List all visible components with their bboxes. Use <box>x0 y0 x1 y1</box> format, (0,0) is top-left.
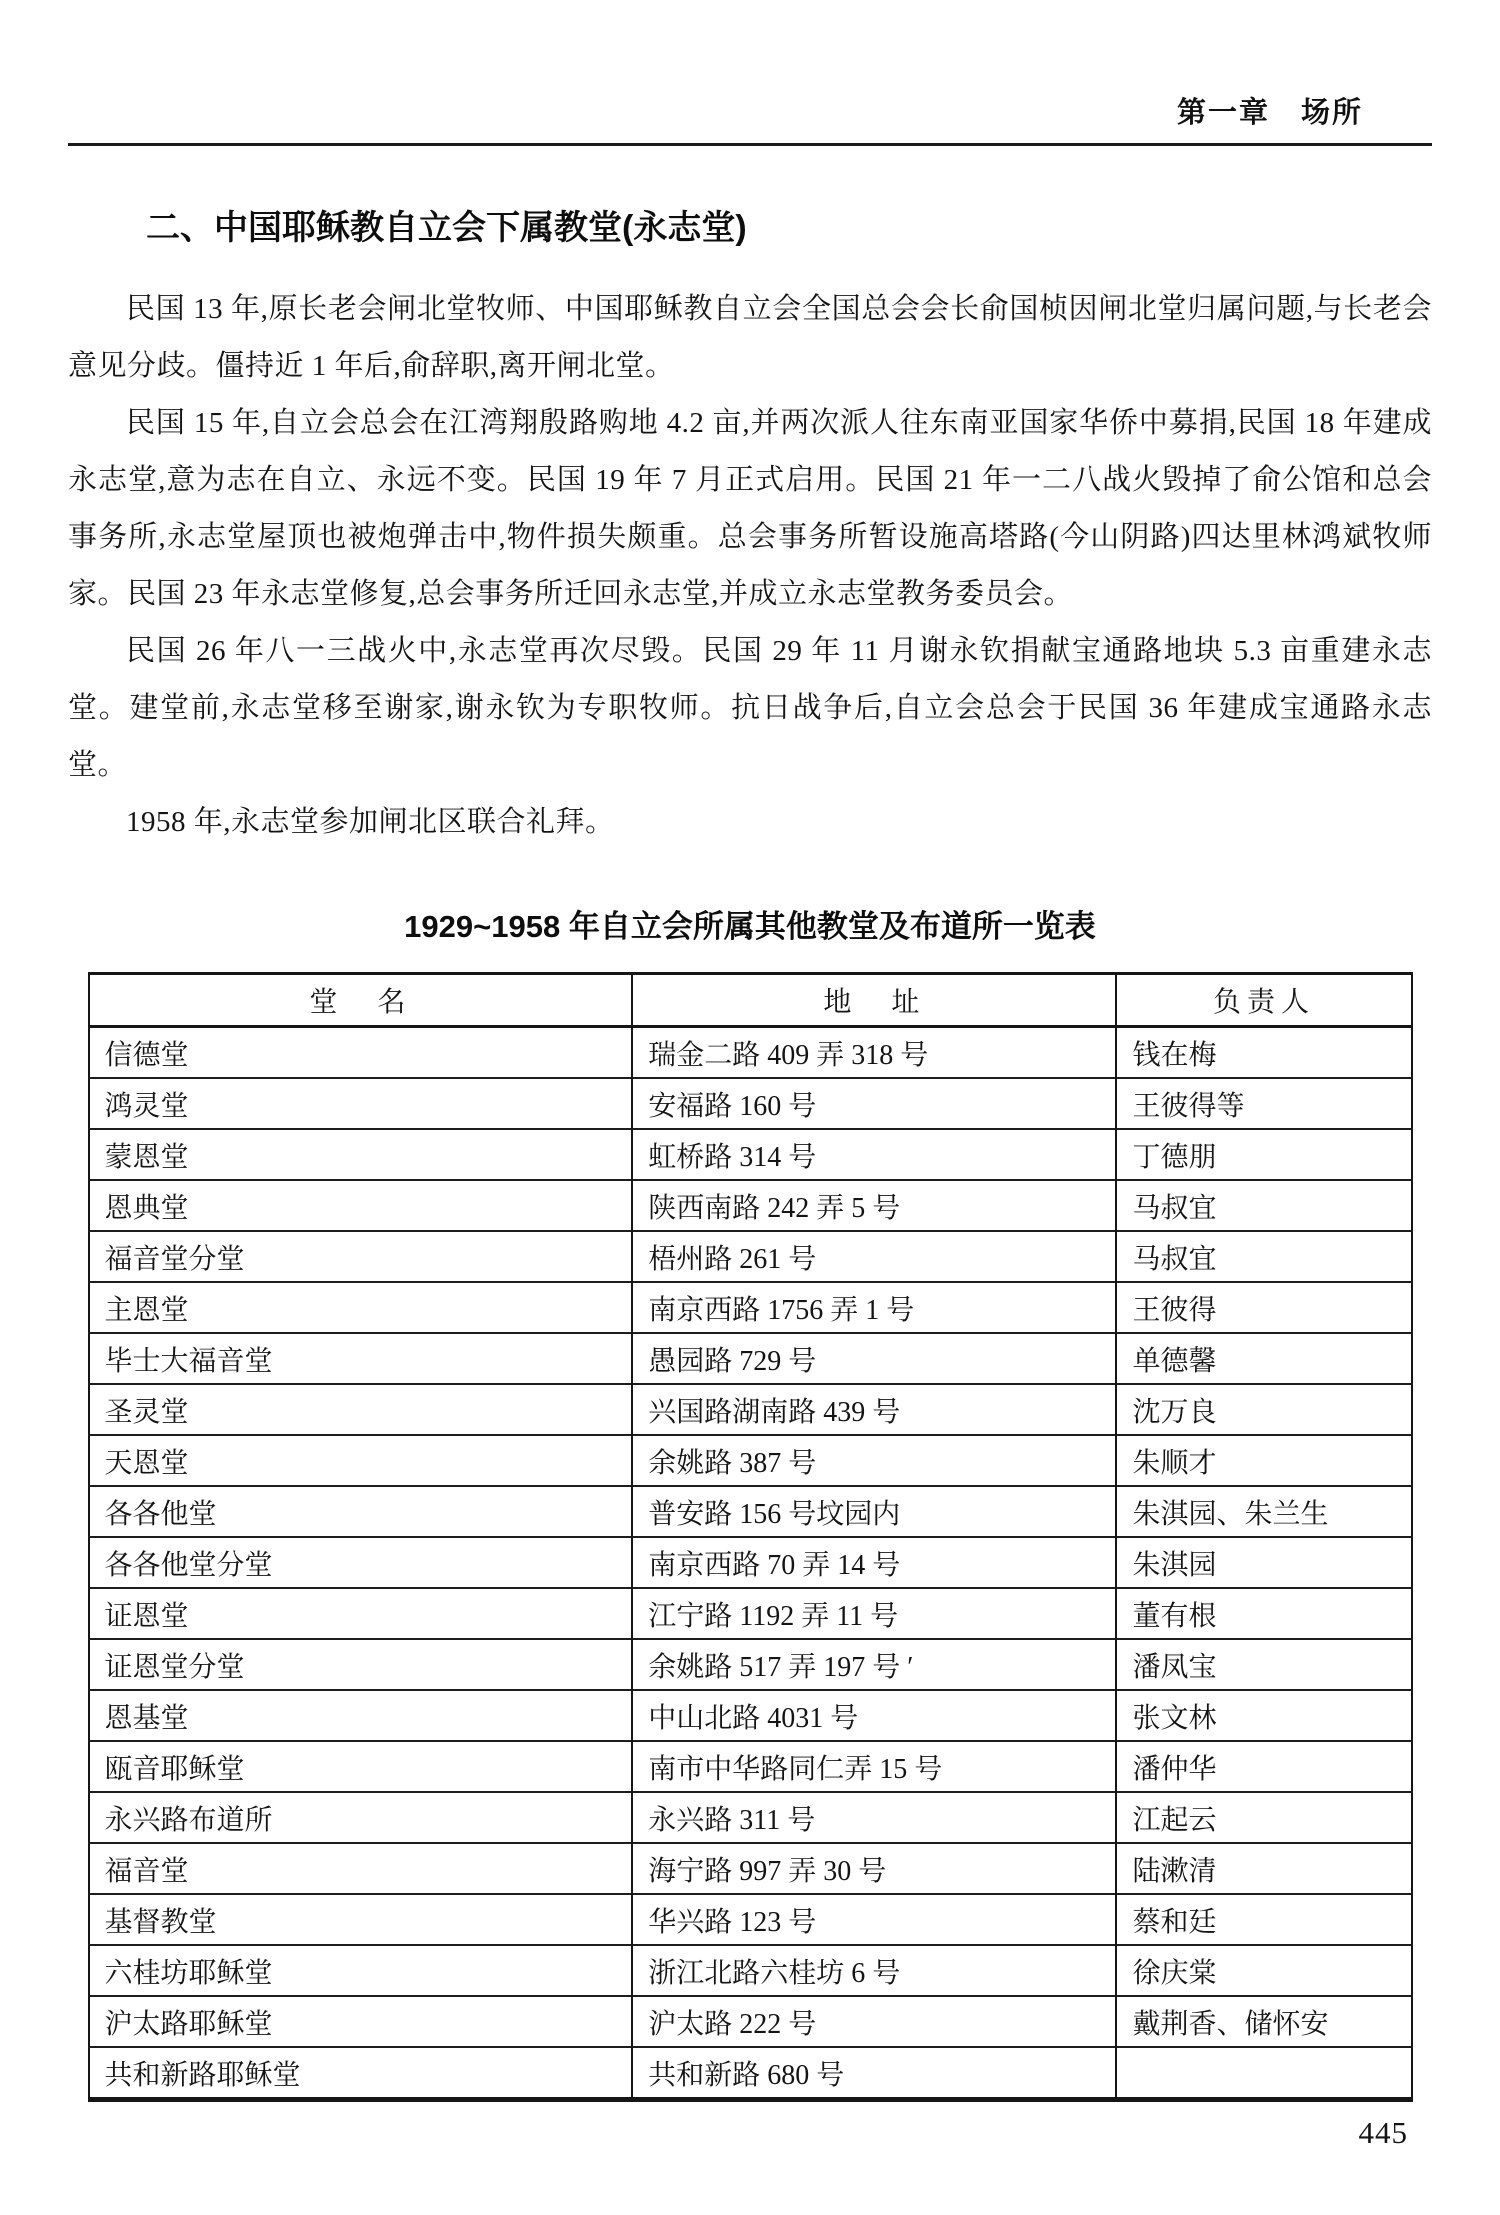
hall-name-cell: 毕士大福音堂 <box>89 1333 633 1384</box>
address-cell: 兴国路湖南路 439 号 <box>632 1384 1116 1435</box>
person-cell: 朱顺才 <box>1116 1435 1411 1486</box>
table-row: 蒙恩堂虹桥路 314 号丁德朋 <box>89 1129 1412 1180</box>
page-content: 二、中国耶稣教自立会下属教堂(永志堂) 民国 13 年,原长老会闸北堂牧师、中国… <box>68 205 1432 2102</box>
body-paragraph: 民国 15 年,自立会总会在江湾翔殷路购地 4.2 亩,并两次派人往东南亚国家华… <box>68 395 1432 623</box>
address-cell: 南市中华路同仁弄 15 号 <box>632 1741 1116 1792</box>
table-row: 沪太路耶稣堂沪太路 222 号戴荆香、储怀安 <box>89 1996 1412 2047</box>
hall-name-cell: 基督教堂 <box>89 1894 633 1945</box>
document-page: 第一章 场所 二、中国耶稣教自立会下属教堂(永志堂) 民国 13 年,原长老会闸… <box>0 0 1500 2215</box>
table-row: 六桂坊耶稣堂浙江北路六桂坊 6 号徐庆棠 <box>89 1945 1412 1996</box>
table-row: 主恩堂南京西路 1756 弄 1 号王彼得 <box>89 1282 1412 1333</box>
person-cell: 王彼得等 <box>1116 1078 1411 1129</box>
address-cell: 共和新路 680 号 <box>632 2047 1116 2100</box>
column-header-address: 地 址 <box>632 974 1116 1027</box>
table-row: 圣灵堂兴国路湖南路 439 号沈万良 <box>89 1384 1412 1435</box>
address-cell: 余姚路 517 弄 197 号 ′ <box>632 1639 1116 1690</box>
address-cell: 瑞金二路 409 弄 318 号 <box>632 1027 1116 1079</box>
table-row: 各各他堂普安路 156 号坟园内朱淇园、朱兰生 <box>89 1486 1412 1537</box>
table-row: 福音堂海宁路 997 弄 30 号陆漱清 <box>89 1843 1412 1894</box>
table-header-row: 堂 名 地 址 负责人 <box>89 974 1412 1027</box>
table-row: 证恩堂分堂余姚路 517 弄 197 号 ′潘凤宝 <box>89 1639 1412 1690</box>
church-roster-table: 堂 名 地 址 负责人 信德堂瑞金二路 409 弄 318 号钱在梅鸿灵堂安福路… <box>88 972 1413 2102</box>
hall-name-cell: 证恩堂分堂 <box>89 1639 633 1690</box>
table-row: 福音堂分堂梧州路 261 号马叔宜 <box>89 1231 1412 1282</box>
body-paragraph: 民国 26 年八一三战火中,永志堂再次尽毁。民国 29 年 11 月谢永钦捐献宝… <box>68 623 1432 794</box>
table-row: 恩基堂中山北路 4031 号张文林 <box>89 1690 1412 1741</box>
person-cell: 潘仲华 <box>1116 1741 1411 1792</box>
column-header-hall-name: 堂 名 <box>89 974 633 1027</box>
hall-name-cell: 福音堂 <box>89 1843 633 1894</box>
address-cell: 永兴路 311 号 <box>632 1792 1116 1843</box>
hall-name-cell: 六桂坊耶稣堂 <box>89 1945 633 1996</box>
hall-name-cell: 瓯音耶稣堂 <box>89 1741 633 1792</box>
hall-name-cell: 恩典堂 <box>89 1180 633 1231</box>
person-cell: 陆漱清 <box>1116 1843 1411 1894</box>
person-cell: 钱在梅 <box>1116 1027 1411 1079</box>
person-cell: 江起云 <box>1116 1792 1411 1843</box>
person-cell: 沈万良 <box>1116 1384 1411 1435</box>
address-cell: 余姚路 387 号 <box>632 1435 1116 1486</box>
header-divider-rule <box>68 143 1432 146</box>
person-cell: 朱淇园 <box>1116 1537 1411 1588</box>
table-row: 瓯音耶稣堂南市中华路同仁弄 15 号潘仲华 <box>89 1741 1412 1792</box>
table-row: 鸿灵堂安福路 160 号王彼得等 <box>89 1078 1412 1129</box>
address-cell: 海宁路 997 弄 30 号 <box>632 1843 1116 1894</box>
table-row: 证恩堂江宁路 1192 弄 11 号董有根 <box>89 1588 1412 1639</box>
hall-name-cell: 永兴路布道所 <box>89 1792 633 1843</box>
body-paragraph: 民国 13 年,原长老会闸北堂牧师、中国耶稣教自立会全国总会会长俞国桢因闸北堂归… <box>68 281 1432 395</box>
address-cell: 南京西路 1756 弄 1 号 <box>632 1282 1116 1333</box>
table-title: 1929~1958 年自立会所属其他教堂及布道所一览表 <box>68 901 1432 946</box>
hall-name-cell: 鸿灵堂 <box>89 1078 633 1129</box>
address-cell: 愚园路 729 号 <box>632 1333 1116 1384</box>
hall-name-cell: 圣灵堂 <box>89 1384 633 1435</box>
hall-name-cell: 证恩堂 <box>89 1588 633 1639</box>
address-cell: 浙江北路六桂坊 6 号 <box>632 1945 1116 1996</box>
hall-name-cell: 共和新路耶稣堂 <box>89 2047 633 2100</box>
table-row: 各各他堂分堂南京西路 70 弄 14 号朱淇园 <box>89 1537 1412 1588</box>
person-cell: 单德馨 <box>1116 1333 1411 1384</box>
table-body: 信德堂瑞金二路 409 弄 318 号钱在梅鸿灵堂安福路 160 号王彼得等蒙恩… <box>89 1027 1412 2100</box>
table-row: 恩典堂陕西南路 242 弄 5 号马叔宜 <box>89 1180 1412 1231</box>
table-row: 基督教堂华兴路 123 号蔡和廷 <box>89 1894 1412 1945</box>
table-row: 信德堂瑞金二路 409 弄 318 号钱在梅 <box>89 1027 1412 1079</box>
person-cell: 丁德朋 <box>1116 1129 1411 1180</box>
hall-name-cell: 各各他堂分堂 <box>89 1537 633 1588</box>
address-cell: 中山北路 4031 号 <box>632 1690 1116 1741</box>
address-cell: 华兴路 123 号 <box>632 1894 1116 1945</box>
table-header: 堂 名 地 址 负责人 <box>89 974 1412 1027</box>
hall-name-cell: 天恩堂 <box>89 1435 633 1486</box>
page-number: 445 <box>1359 2115 1409 2151</box>
person-cell: 朱淇园、朱兰生 <box>1116 1486 1411 1537</box>
hall-name-cell: 恩基堂 <box>89 1690 633 1741</box>
person-cell: 蔡和廷 <box>1116 1894 1411 1945</box>
person-cell: 王彼得 <box>1116 1282 1411 1333</box>
address-cell: 普安路 156 号坟园内 <box>632 1486 1116 1537</box>
person-cell: 徐庆棠 <box>1116 1945 1411 1996</box>
address-cell: 陕西南路 242 弄 5 号 <box>632 1180 1116 1231</box>
address-cell: 沪太路 222 号 <box>632 1996 1116 2047</box>
address-cell: 南京西路 70 弄 14 号 <box>632 1537 1116 1588</box>
address-cell: 虹桥路 314 号 <box>632 1129 1116 1180</box>
hall-name-cell: 福音堂分堂 <box>89 1231 633 1282</box>
hall-name-cell: 各各他堂 <box>89 1486 633 1537</box>
address-cell: 安福路 160 号 <box>632 1078 1116 1129</box>
body-paragraph: 1958 年,永志堂参加闸北区联合礼拜。 <box>68 794 1432 851</box>
running-header-chapter: 第一章 场所 <box>1177 90 1363 131</box>
table-row: 毕士大福音堂愚园路 729 号单德馨 <box>89 1333 1412 1384</box>
person-cell: 马叔宜 <box>1116 1180 1411 1231</box>
hall-name-cell: 沪太路耶稣堂 <box>89 1996 633 2047</box>
person-cell: 潘凤宝 <box>1116 1639 1411 1690</box>
address-cell: 梧州路 261 号 <box>632 1231 1116 1282</box>
table-row: 天恩堂余姚路 387 号朱顺才 <box>89 1435 1412 1486</box>
person-cell <box>1116 2047 1411 2100</box>
body-paragraphs: 民国 13 年,原长老会闸北堂牧师、中国耶稣教自立会全国总会会长俞国桢因闸北堂归… <box>68 281 1432 851</box>
person-cell: 张文林 <box>1116 1690 1411 1741</box>
person-cell: 董有根 <box>1116 1588 1411 1639</box>
table-row: 共和新路耶稣堂共和新路 680 号 <box>89 2047 1412 2100</box>
section-heading: 二、中国耶稣教自立会下属教堂(永志堂) <box>146 205 1432 251</box>
person-cell: 马叔宜 <box>1116 1231 1411 1282</box>
hall-name-cell: 主恩堂 <box>89 1282 633 1333</box>
hall-name-cell: 蒙恩堂 <box>89 1129 633 1180</box>
table-row: 永兴路布道所永兴路 311 号江起云 <box>89 1792 1412 1843</box>
column-header-person: 负责人 <box>1116 974 1411 1027</box>
hall-name-cell: 信德堂 <box>89 1027 633 1079</box>
person-cell: 戴荆香、储怀安 <box>1116 1996 1411 2047</box>
address-cell: 江宁路 1192 弄 11 号 <box>632 1588 1116 1639</box>
